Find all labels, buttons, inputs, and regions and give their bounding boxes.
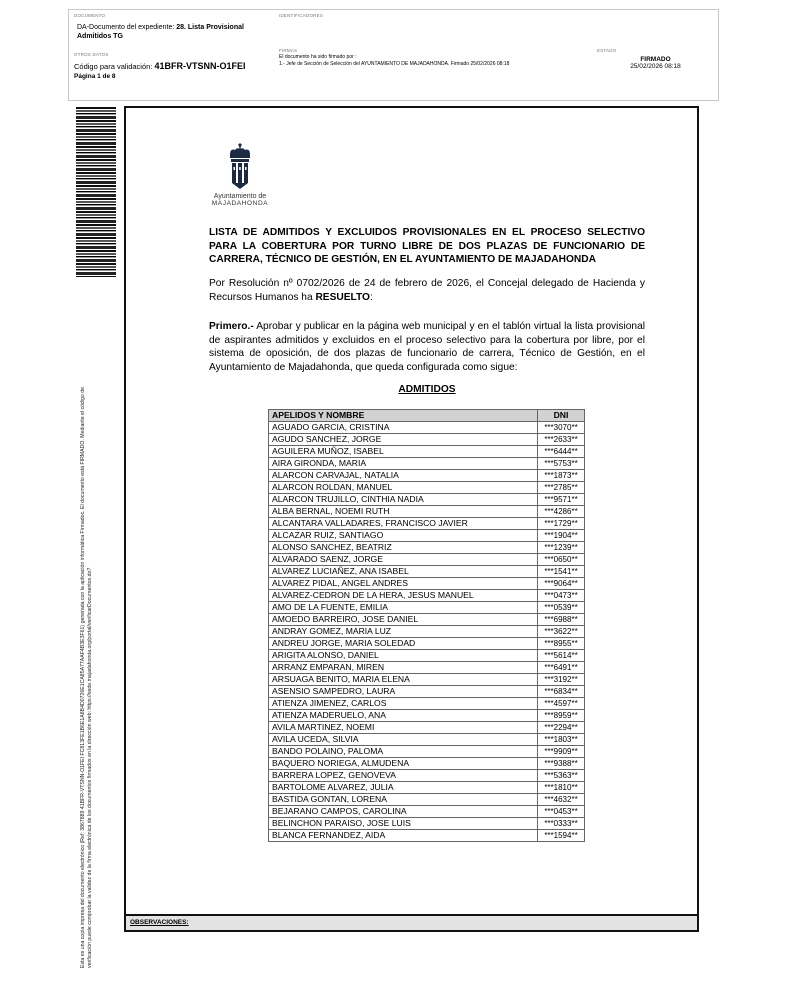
- applicant-name: AMO DE LA FUENTE, EMILIA: [269, 602, 538, 614]
- table-row: ANDRAY GOMEZ, MARIA LUZ***3622**: [269, 626, 585, 638]
- table-row: AVILA MARTINEZ, NOEMI***2294**: [269, 722, 585, 734]
- otros-datos-cell: OTROS DATOS Código para validación: 41BF…: [69, 45, 275, 100]
- identificadores-label: IDENTIFICADORES: [279, 13, 714, 18]
- applicant-dni: ***5614**: [538, 650, 585, 662]
- barcode-image: [76, 107, 116, 277]
- table-row: ALVAREZ PIDAL, ANGEL ANDRES***9064**: [269, 578, 585, 590]
- document-title-prefix: DA-Documento del expediente:: [77, 24, 174, 31]
- applicant-dni: ***2785**: [538, 482, 585, 494]
- otros-datos-label: OTROS DATOS: [74, 52, 270, 57]
- document-heading: LISTA DE ADMITIDOS Y EXCLUIDOS PROVISION…: [209, 226, 645, 267]
- table-row: ALVAREZ LUCIAÑEZ, ANA ISABEL***1541**: [269, 566, 585, 578]
- estado-value: FIRMADO: [597, 56, 714, 63]
- identificadores-cell: IDENTIFICADORES: [275, 10, 718, 45]
- table-row: ALARCON ROLDAN, MANUEL***2785**: [269, 482, 585, 494]
- table-row: ANDREU JORGE, MARIA SOLEDAD***8955**: [269, 638, 585, 650]
- validation-code-value[interactable]: 41BFR-VTSNN-O1FEI: [154, 61, 245, 71]
- applicant-dni: ***0333**: [538, 818, 585, 830]
- applicant-name: ANDRAY GOMEZ, MARIA LUZ: [269, 626, 538, 638]
- estado-date: 25/02/2026 08:18: [597, 63, 714, 70]
- applicant-dni: ***3070**: [538, 422, 585, 434]
- table-row: AGUDO SANCHEZ, JORGE***2633**: [269, 434, 585, 446]
- table-row: ALARCON TRUJILLO, CINTHIA NADIA***9571**: [269, 494, 585, 506]
- applicant-name: BAQUERO NORIEGA, ALMUDENA: [269, 758, 538, 770]
- table-row: BARTOLOME ALVAREZ, JULIA***1810**: [269, 782, 585, 794]
- applicant-dni: ***9388**: [538, 758, 585, 770]
- table-row: ALCAZAR RUIZ, SANTIAGO***1904**: [269, 530, 585, 542]
- verification-side-text: Esta es una copia impresa del documento …: [80, 288, 93, 968]
- table-row: ALCANTARA VALLADARES, FRANCISCO JAVIER**…: [269, 518, 585, 530]
- applicant-name: BEJARANO CAMPOS, CAROLINA: [269, 806, 538, 818]
- applicant-name: ALCANTARA VALLADARES, FRANCISCO JAVIER: [269, 518, 538, 530]
- applicant-dni: ***8955**: [538, 638, 585, 650]
- table-row: AVILA UCEDA, SILVIA***1803**: [269, 734, 585, 746]
- firmas-line-1: El documento ha sido firmado por :: [279, 54, 589, 60]
- applicant-dni: ***6988**: [538, 614, 585, 626]
- applicant-dni: ***1904**: [538, 530, 585, 542]
- table-row: BANDO POLAINO, PALOMA***9909**: [269, 746, 585, 758]
- logo-text-line-1: Ayuntamiento de: [200, 193, 280, 200]
- applicant-name: ALVAREZ-CEDRON DE LA HERA, JESUS MANUEL: [269, 590, 538, 602]
- applicant-dni: ***5363**: [538, 770, 585, 782]
- applicant-name: BARTOLOME ALVAREZ, JULIA: [269, 782, 538, 794]
- table-row: ASENSIO SAMPEDRO, LAURA***6834**: [269, 686, 585, 698]
- applicant-name: ALVAREZ PIDAL, ANGEL ANDRES: [269, 578, 538, 590]
- applicant-name: BARRERA LOPEZ, GENOVEVA: [269, 770, 538, 782]
- applicant-dni: ***3192**: [538, 674, 585, 686]
- applicant-name: BLANCA FERNANDEZ, AIDA: [269, 830, 538, 842]
- table-row: BARRERA LOPEZ, GENOVEVA***5363**: [269, 770, 585, 782]
- applicant-dni: ***3622**: [538, 626, 585, 638]
- applicant-dni: ***1729**: [538, 518, 585, 530]
- document-header: DOCUMENTO DA-Documento del expediente: 2…: [68, 9, 719, 101]
- applicant-dni: ***1810**: [538, 782, 585, 794]
- applicant-dni: ***6491**: [538, 662, 585, 674]
- table-row: ARSUAGA BENITO, MARIA ELENA***3192**: [269, 674, 585, 686]
- primero-text: Aprobar y publicar en la página web muni…: [209, 321, 645, 373]
- validation-code-label: Código para validación:: [74, 62, 152, 71]
- applicant-dni: ***4286**: [538, 506, 585, 518]
- applicant-dni: ***6444**: [538, 446, 585, 458]
- applicant-name: ALARCON ROLDAN, MANUEL: [269, 482, 538, 494]
- table-row: ATIENZA MADERUELO, ANA***8959**: [269, 710, 585, 722]
- table-row: ALVAREZ-CEDRON DE LA HERA, JESUS MANUEL*…: [269, 590, 585, 602]
- table-row: BEJARANO CAMPOS, CAROLINA***0453**: [269, 806, 585, 818]
- table-row: ALBA BERNAL, NOEMI RUTH***4286**: [269, 506, 585, 518]
- table-row: BASTIDA GONTAN, LORENA***4632**: [269, 794, 585, 806]
- applicant-dni: ***6834**: [538, 686, 585, 698]
- applicant-dni: ***9064**: [538, 578, 585, 590]
- applicant-name: AGUADO GARCIA, CRISTINA: [269, 422, 538, 434]
- applicant-dni: ***1803**: [538, 734, 585, 746]
- applicant-name: ATIENZA MADERUELO, ANA: [269, 710, 538, 722]
- applicant-name: AVILA UCEDA, SILVIA: [269, 734, 538, 746]
- table-row: AIRA GIRONDA, MARIA***5753**: [269, 458, 585, 470]
- applicant-name: ALVAREZ LUCIAÑEZ, ANA ISABEL: [269, 566, 538, 578]
- page-indicator: Página 1 de 8: [74, 73, 270, 80]
- applicant-dni: ***0453**: [538, 806, 585, 818]
- side-text-line-2: verificación puede comprobar la validez …: [87, 288, 94, 968]
- applicant-dni: ***1239**: [538, 542, 585, 554]
- applicant-name: ALVARADO SAENZ, JORGE: [269, 554, 538, 566]
- table-body: AGUADO GARCIA, CRISTINA***3070**AGUDO SA…: [269, 422, 585, 842]
- table-row: ARRANZ EMPARAN, MIREN***6491**: [269, 662, 585, 674]
- applicant-name: AMOEDO BARREIRO, JOSE DANIEL: [269, 614, 538, 626]
- applicant-name: ANDREU JORGE, MARIA SOLEDAD: [269, 638, 538, 650]
- applicant-dni: ***1594**: [538, 830, 585, 842]
- table-row: ATIENZA JIMENEZ, CARLOS***4597**: [269, 698, 585, 710]
- applicant-dni: ***2294**: [538, 722, 585, 734]
- table-header-row: APELIDOS Y NOMBRE DNI: [269, 410, 585, 422]
- applicant-dni: ***9571**: [538, 494, 585, 506]
- applicant-dni: ***0539**: [538, 602, 585, 614]
- applicant-dni: ***5753**: [538, 458, 585, 470]
- documento-cell: DOCUMENTO DA-Documento del expediente: 2…: [69, 10, 275, 45]
- applicant-dni: ***1541**: [538, 566, 585, 578]
- applicant-dni: ***9909**: [538, 746, 585, 758]
- primero-bold: Primero.-: [209, 321, 254, 332]
- validation-code: Código para validación: 41BFR-VTSNN-O1FE…: [74, 61, 270, 71]
- majadahonda-logo: Ayuntamiento de MAJADAHONDA: [200, 143, 280, 207]
- column-header-dni: DNI: [538, 410, 585, 422]
- resolution-suffix: :: [370, 292, 373, 303]
- firmas-label: FIRMAS: [279, 48, 589, 53]
- table-row: ALVARADO SAENZ, JORGE***0650**: [269, 554, 585, 566]
- applicant-name: ALARCON TRUJILLO, CINTHIA NADIA: [269, 494, 538, 506]
- applicant-name: ALONSO SANCHEZ, BEATRIZ: [269, 542, 538, 554]
- table-row: AMOEDO BARREIRO, JOSE DANIEL***6988**: [269, 614, 585, 626]
- crown-tower-emblem-icon: [227, 143, 253, 191]
- firmas-cell: FIRMAS El documento ha sido firmado por …: [275, 45, 593, 100]
- applicant-dni: ***0473**: [538, 590, 585, 602]
- column-header-name: APELIDOS Y NOMBRE: [269, 410, 538, 422]
- applicant-name: AVILA MARTINEZ, NOEMI: [269, 722, 538, 734]
- applicant-name: BELINCHON PARAISO, JOSE LUIS: [269, 818, 538, 830]
- table-row: ARIGITA ALONSO, DANIEL***5614**: [269, 650, 585, 662]
- table-row: ALARCON CARVAJAL, NATALIA***1873**: [269, 470, 585, 482]
- applicant-name: ATIENZA JIMENEZ, CARLOS: [269, 698, 538, 710]
- admitidos-table: APELIDOS Y NOMBRE DNI AGUADO GARCIA, CRI…: [268, 409, 585, 842]
- applicant-name: ALBA BERNAL, NOEMI RUTH: [269, 506, 538, 518]
- applicant-name: ARIGITA ALONSO, DANIEL: [269, 650, 538, 662]
- applicant-name: ARRANZ EMPARAN, MIREN: [269, 662, 538, 674]
- observaciones-bar: OBSERVACIONES:: [124, 914, 699, 932]
- applicant-dni: ***8959**: [538, 710, 585, 722]
- applicant-name: ALCAZAR RUIZ, SANTIAGO: [269, 530, 538, 542]
- applicant-name: AGUDO SANCHEZ, JORGE: [269, 434, 538, 446]
- side-text-line-1: Esta es una copia impresa del documento …: [80, 288, 87, 968]
- resolution-text: Por Resolución nº 0702/2026 de 24 de feb…: [209, 278, 645, 303]
- applicant-dni: ***2633**: [538, 434, 585, 446]
- document-title: DA-Documento del expediente: 28. Lista P…: [77, 24, 270, 41]
- applicant-dni: ***0650**: [538, 554, 585, 566]
- applicant-dni: ***4632**: [538, 794, 585, 806]
- resolution-bold: RESUELTO: [315, 292, 370, 303]
- applicant-name: BASTIDA GONTAN, LORENA: [269, 794, 538, 806]
- applicant-name: AIRA GIRONDA, MARIA: [269, 458, 538, 470]
- admitidos-heading: ADMITIDOS: [209, 384, 645, 395]
- applicant-name: AGUILERA MUÑOZ, ISABEL: [269, 446, 538, 458]
- resolution-paragraph: Por Resolución nº 0702/2026 de 24 de feb…: [209, 277, 645, 304]
- applicant-name: ALARCON CARVAJAL, NATALIA: [269, 470, 538, 482]
- applicant-name: ARSUAGA BENITO, MARIA ELENA: [269, 674, 538, 686]
- firmas-line-2: 1.- Jefe de Sección de Selección del AYU…: [279, 61, 589, 67]
- estado-cell: ESTADO FIRMADO 25/02/2026 08:18: [593, 45, 718, 100]
- table-row: BAQUERO NORIEGA, ALMUDENA***9388**: [269, 758, 585, 770]
- applicant-dni: ***4597**: [538, 698, 585, 710]
- applicant-dni: ***1873**: [538, 470, 585, 482]
- logo-text-line-2: MAJADAHONDA: [200, 200, 280, 207]
- documento-label: DOCUMENTO: [74, 13, 270, 18]
- table-row: BLANCA FERNANDEZ, AIDA***1594**: [269, 830, 585, 842]
- table-row: BELINCHON PARAISO, JOSE LUIS***0333**: [269, 818, 585, 830]
- table-row: AGUADO GARCIA, CRISTINA***3070**: [269, 422, 585, 434]
- table-row: AGUILERA MUÑOZ, ISABEL***6444**: [269, 446, 585, 458]
- table-row: ALONSO SANCHEZ, BEATRIZ***1239**: [269, 542, 585, 554]
- estado-label: ESTADO: [597, 48, 714, 53]
- primero-paragraph: Primero.- Aprobar y publicar en la págin…: [209, 320, 645, 374]
- applicant-name: BANDO POLAINO, PALOMA: [269, 746, 538, 758]
- applicant-name: ASENSIO SAMPEDRO, LAURA: [269, 686, 538, 698]
- table-row: AMO DE LA FUENTE, EMILIA***0539**: [269, 602, 585, 614]
